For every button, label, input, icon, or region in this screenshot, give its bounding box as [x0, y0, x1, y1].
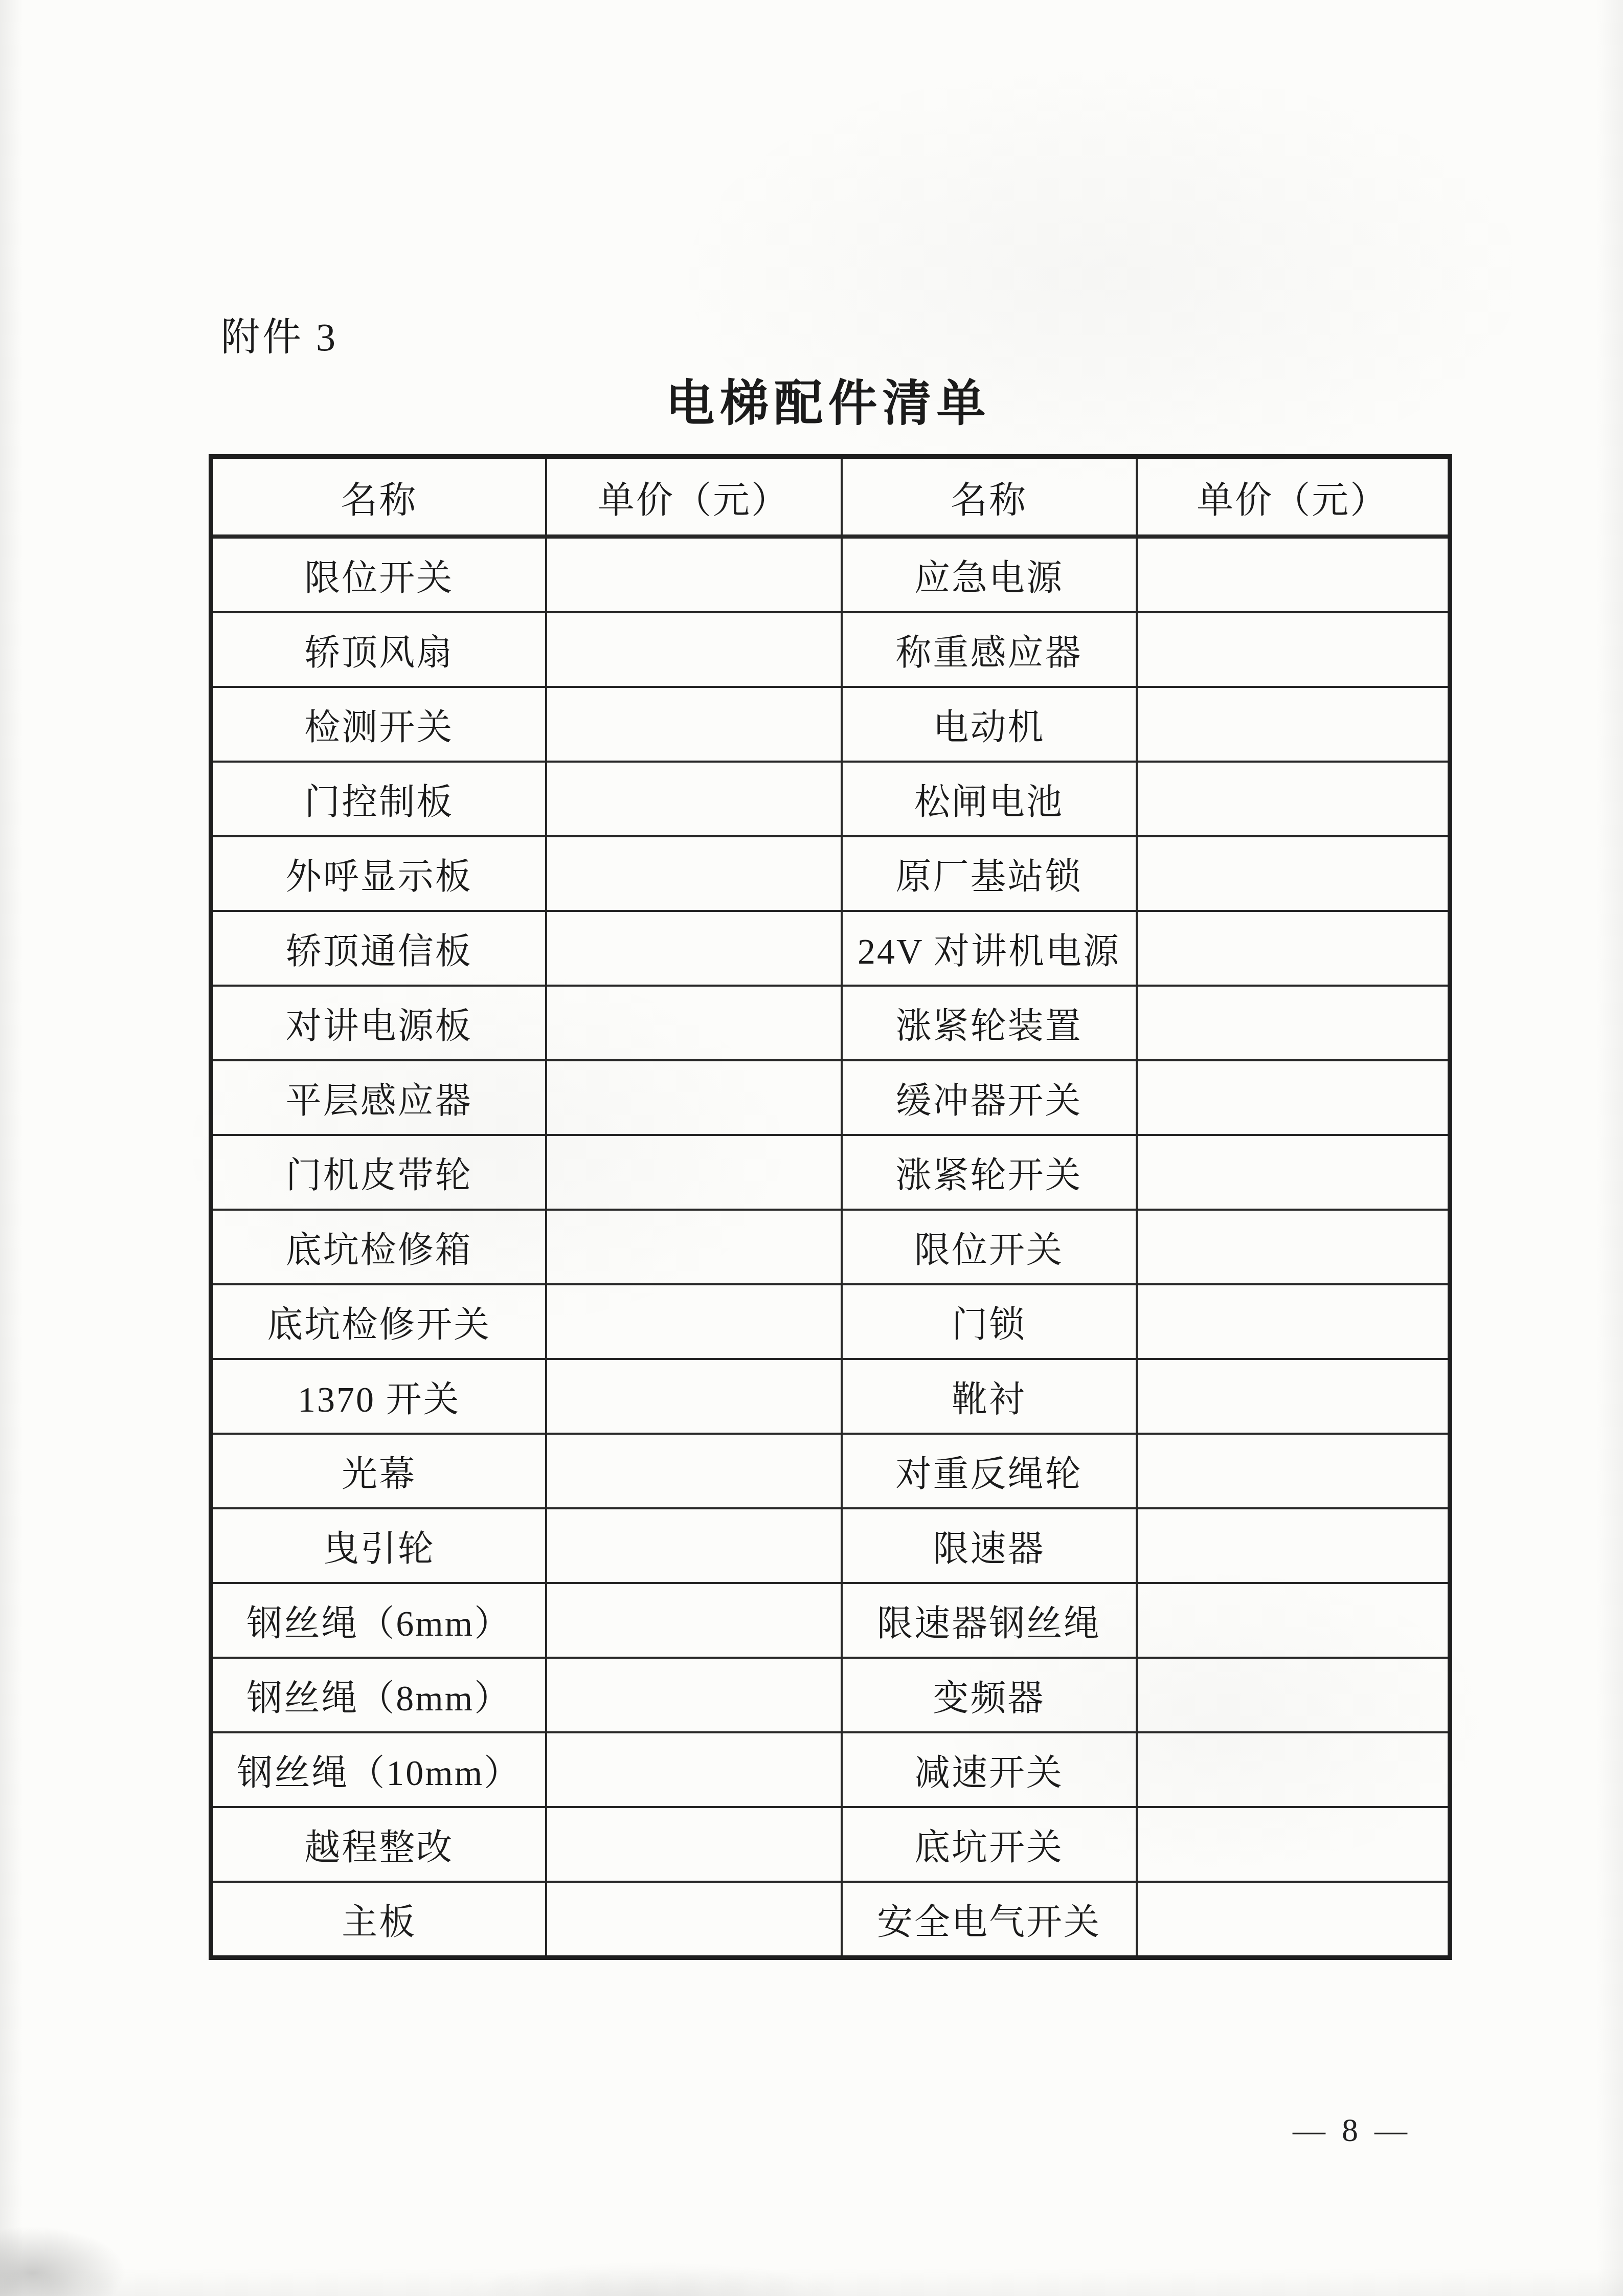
unit-price-cell	[546, 1135, 842, 1210]
unit-price-cell	[1137, 836, 1450, 911]
table-row: 光幕对重反绳轮	[211, 1434, 1450, 1508]
unit-price-cell	[1137, 1135, 1450, 1210]
part-name-cell: 原厂基站锁	[842, 836, 1137, 911]
part-name-cell: 外呼显示板	[211, 836, 546, 911]
part-name-cell: 松闸电池	[842, 762, 1137, 836]
table-row: 限位开关应急电源	[211, 537, 1450, 612]
table-row: 钢丝绳（6mm）限速器钢丝绳	[211, 1583, 1450, 1658]
part-name-cell: 轿顶通信板	[211, 911, 546, 986]
part-name-cell: 平层感应器	[211, 1060, 546, 1135]
part-name-cell: 底坑开关	[842, 1807, 1137, 1882]
unit-price-cell	[1137, 1658, 1450, 1732]
unit-price-cell	[546, 1658, 842, 1732]
unit-price-cell	[546, 1732, 842, 1807]
unit-price-cell	[1137, 1284, 1450, 1359]
attachment-label: 附件 3	[221, 306, 338, 362]
part-name-cell: 安全电气开关	[842, 1882, 1137, 1958]
table-header-row: 名称 单价（元） 名称 单价（元）	[211, 457, 1450, 537]
page-title: 电梯配件清单	[209, 364, 1448, 434]
unit-price-cell	[546, 762, 842, 836]
part-name-cell: 钢丝绳（10mm）	[211, 1732, 546, 1807]
unit-price-cell	[546, 986, 842, 1060]
unit-price-cell	[546, 1434, 842, 1508]
part-name-cell: 应急电源	[842, 537, 1137, 612]
part-name-cell: 变频器	[842, 1658, 1137, 1732]
unit-price-cell	[1137, 1882, 1450, 1958]
page-number: — 8 —	[1293, 2111, 1411, 2149]
part-name-cell: 越程整改	[211, 1807, 546, 1882]
part-name-cell: 电动机	[842, 687, 1137, 762]
unit-price-cell	[1137, 1732, 1450, 1807]
table-row: 门机皮带轮涨紧轮开关	[211, 1135, 1450, 1210]
table-body: 限位开关应急电源轿顶风扇称重感应器检测开关电动机门控制板松闸电池外呼显示板原厂基…	[211, 537, 1450, 1958]
unit-price-cell	[546, 1284, 842, 1359]
part-name-cell: 涨紧轮开关	[842, 1135, 1137, 1210]
header-name-right: 名称	[842, 457, 1137, 537]
unit-price-cell	[546, 1807, 842, 1882]
header-name-left: 名称	[211, 457, 546, 537]
part-name-cell: 钢丝绳（8mm）	[211, 1658, 546, 1732]
part-name-cell: 对重反绳轮	[842, 1434, 1137, 1508]
part-name-cell: 主板	[211, 1882, 546, 1958]
table-row: 检测开关电动机	[211, 687, 1450, 762]
table-row: 1370 开关靴衬	[211, 1359, 1450, 1434]
unit-price-cell	[1137, 1210, 1450, 1284]
table-row: 轿顶通信板24V 对讲机电源	[211, 911, 1450, 986]
header-price-right: 单价（元）	[1137, 457, 1450, 537]
unit-price-cell	[1137, 762, 1450, 836]
unit-price-cell	[1137, 1060, 1450, 1135]
part-name-cell: 限速器	[842, 1508, 1137, 1583]
unit-price-cell	[546, 687, 842, 762]
part-name-cell: 轿顶风扇	[211, 612, 546, 687]
elevator-parts-table: 名称 单价（元） 名称 单价（元） 限位开关应急电源轿顶风扇称重感应器检测开关电…	[209, 454, 1452, 1960]
unit-price-cell	[546, 1508, 842, 1583]
unit-price-cell	[1137, 911, 1450, 986]
unit-price-cell	[1137, 1583, 1450, 1658]
unit-price-cell	[1137, 537, 1450, 612]
table-row: 底坑检修开关门锁	[211, 1284, 1450, 1359]
table-row: 曳引轮限速器	[211, 1508, 1450, 1583]
part-name-cell: 24V 对讲机电源	[842, 911, 1137, 986]
part-name-cell: 门机皮带轮	[211, 1135, 546, 1210]
unit-price-cell	[1137, 1807, 1450, 1882]
unit-price-cell	[546, 911, 842, 986]
unit-price-cell	[1137, 687, 1450, 762]
part-name-cell: 钢丝绳（6mm）	[211, 1583, 546, 1658]
part-name-cell: 减速开关	[842, 1732, 1137, 1807]
part-name-cell: 限位开关	[211, 537, 546, 612]
part-name-cell: 曳引轮	[211, 1508, 546, 1583]
table-row: 门控制板松闸电池	[211, 762, 1450, 836]
unit-price-cell	[546, 612, 842, 687]
unit-price-cell	[546, 1359, 842, 1434]
part-name-cell: 缓冲器开关	[842, 1060, 1137, 1135]
table-row: 主板安全电气开关	[211, 1882, 1450, 1958]
unit-price-cell	[1137, 986, 1450, 1060]
part-name-cell: 称重感应器	[842, 612, 1137, 687]
table-row: 越程整改底坑开关	[211, 1807, 1450, 1882]
part-name-cell: 限速器钢丝绳	[842, 1583, 1137, 1658]
header-price-left: 单价（元）	[546, 457, 842, 537]
part-name-cell: 光幕	[211, 1434, 546, 1508]
part-name-cell: 门锁	[842, 1284, 1137, 1359]
part-name-cell: 检测开关	[211, 687, 546, 762]
unit-price-cell	[546, 1882, 842, 1958]
document-page: 附件 3 电梯配件清单 名称 单价（元） 名称 单价（元） 限位开关应急电源轿顶…	[0, 0, 1623, 2296]
unit-price-cell	[546, 836, 842, 911]
part-name-cell: 涨紧轮装置	[842, 986, 1137, 1060]
unit-price-cell	[546, 1210, 842, 1284]
unit-price-cell	[1137, 1434, 1450, 1508]
part-name-cell: 底坑检修箱	[211, 1210, 546, 1284]
unit-price-cell	[1137, 612, 1450, 687]
table-row: 轿顶风扇称重感应器	[211, 612, 1450, 687]
table-row: 平层感应器缓冲器开关	[211, 1060, 1450, 1135]
part-name-cell: 门控制板	[211, 762, 546, 836]
table-row: 外呼显示板原厂基站锁	[211, 836, 1450, 911]
part-name-cell: 对讲电源板	[211, 986, 546, 1060]
table-row: 钢丝绳（10mm）减速开关	[211, 1732, 1450, 1807]
unit-price-cell	[546, 1060, 842, 1135]
table-row: 钢丝绳（8mm）变频器	[211, 1658, 1450, 1732]
table-row: 底坑检修箱限位开关	[211, 1210, 1450, 1284]
unit-price-cell	[546, 537, 842, 612]
unit-price-cell	[546, 1583, 842, 1658]
table-row: 对讲电源板涨紧轮装置	[211, 986, 1450, 1060]
part-name-cell: 靴衬	[842, 1359, 1137, 1434]
part-name-cell: 底坑检修开关	[211, 1284, 546, 1359]
unit-price-cell	[1137, 1508, 1450, 1583]
part-name-cell: 限位开关	[842, 1210, 1137, 1284]
unit-price-cell	[1137, 1359, 1450, 1434]
part-name-cell: 1370 开关	[211, 1359, 546, 1434]
